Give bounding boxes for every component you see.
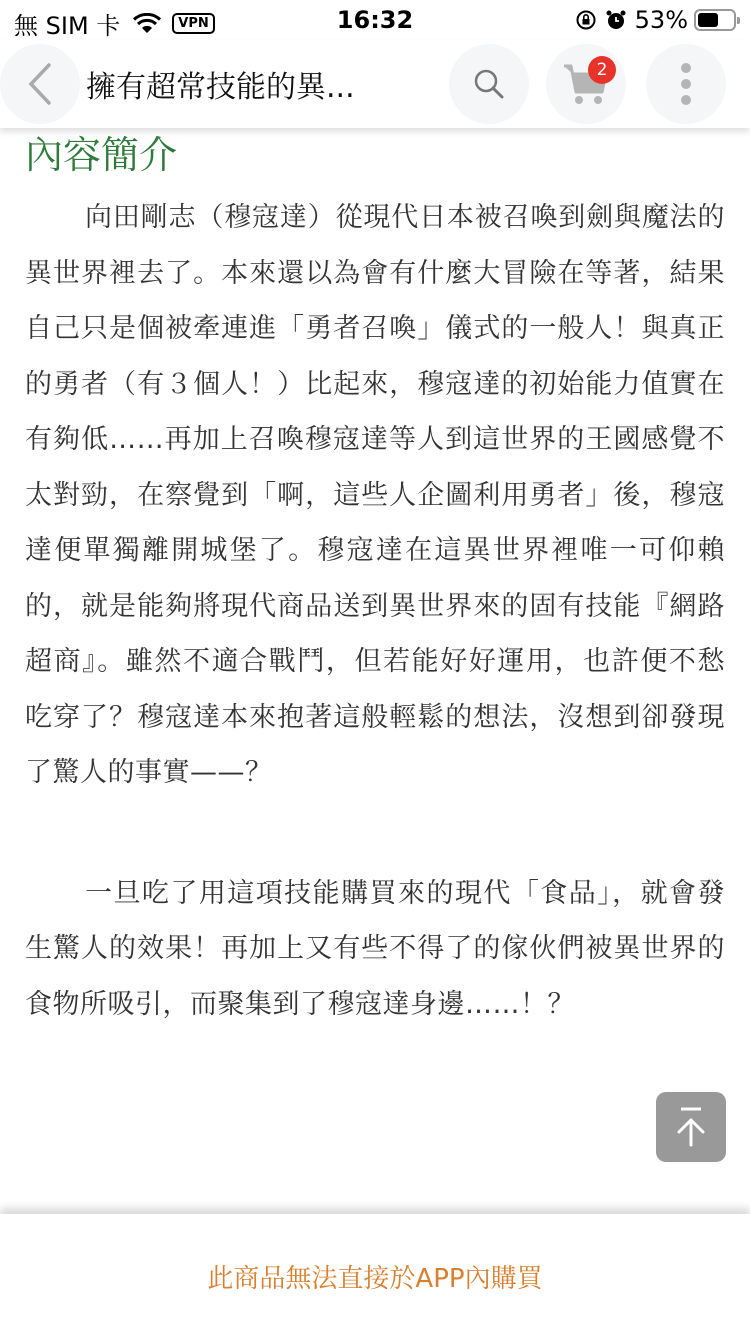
cart-button[interactable] <box>546 44 626 124</box>
rotation-lock-icon <box>575 9 597 31</box>
nav-bar: 擁有超常技能的異... 2 <box>0 40 750 128</box>
description-section: 內容簡介 向田剛志（穆寇達）從現代日本被召喚到劍與魔法的異世界裡去了。本來還以為… <box>0 128 750 1032</box>
alarm-icon <box>605 9 627 31</box>
more-button[interactable] <box>646 44 726 124</box>
section-title: 內容簡介 <box>25 130 725 180</box>
battery-percent: 53% <box>635 6 688 34</box>
back-button[interactable] <box>0 44 80 124</box>
purchase-footer: 此商品無法直接於APP內購買 <box>0 1214 750 1334</box>
more-vertical-icon <box>679 62 693 106</box>
search-icon <box>472 67 506 101</box>
purchase-unavailable-notice: 此商品無法直接於APP內購買 <box>0 1258 750 1295</box>
chevron-left-icon <box>25 61 55 107</box>
cart-count-badge: 2 <box>588 56 616 84</box>
status-right: 53% <box>575 6 736 34</box>
page-title: 擁有超常技能的異... <box>86 62 355 106</box>
arrow-up-to-top-icon <box>674 1106 708 1148</box>
status-bar: 無 SIM 卡 VPN 16:32 53% <box>0 0 750 40</box>
scroll-to-top-button[interactable] <box>656 1092 726 1162</box>
description-paragraph: 向田剛志（穆寇達）從現代日本被召喚到劍與魔法的異世界裡去了。本來還以為會有什麼大… <box>25 190 725 801</box>
description-paragraph: 一旦吃了用這項技能購買來的現代「食品」，就會發生驚人的效果！再加上又有些不得了的… <box>25 866 725 1033</box>
search-button[interactable] <box>449 44 529 124</box>
battery-icon <box>694 9 736 31</box>
